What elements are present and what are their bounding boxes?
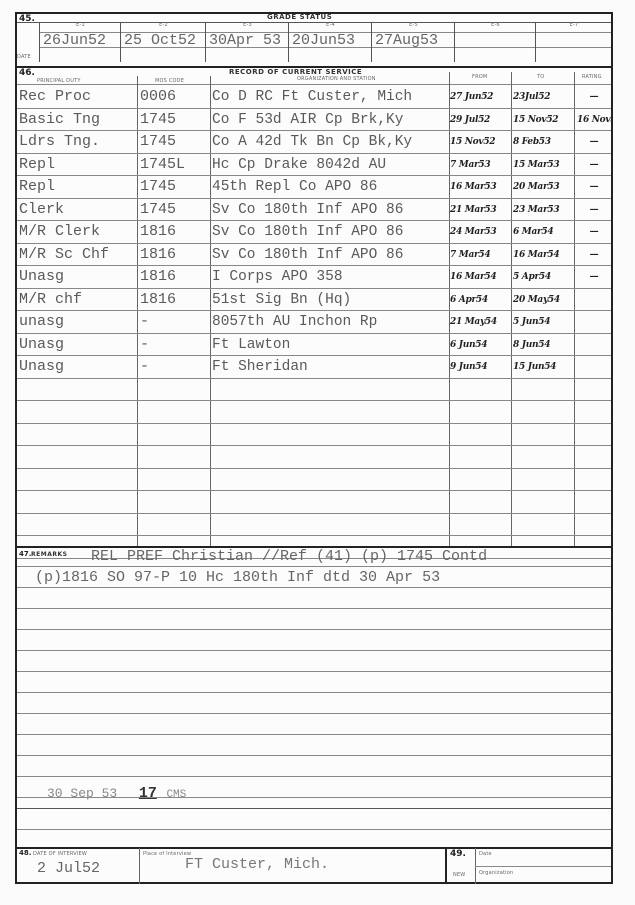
service-row-blank — [17, 491, 611, 513]
section-49-org-label: Organization — [479, 870, 513, 876]
from-date: 7 Mar54 — [450, 244, 512, 266]
date-row-label: Date — [17, 54, 31, 60]
service-row: Basic Tng1745Co F 53d AIR Cp Brk,Ky29 Ju… — [17, 109, 611, 131]
mos-code: 1816 — [140, 266, 210, 288]
from-date: 27 Jun52 — [450, 86, 512, 108]
stamp-number: 17 — [139, 785, 157, 802]
principal-duty: Clerk — [19, 199, 137, 221]
to-date: 8 Feb53 — [513, 131, 575, 153]
organization-station: Ft Lawton — [212, 334, 450, 356]
from-date: 16 Mar53 — [450, 176, 512, 198]
grade-cell-e-3: E-330Apr 53 — [205, 22, 289, 62]
grade-label: E-6 — [455, 22, 536, 28]
principal-duty: M/R Sc Chf — [19, 244, 137, 266]
organization-station: Sv Co 180th Inf APO 86 — [212, 244, 450, 266]
rating — [577, 289, 611, 311]
from-date: 9 Jun54 — [450, 356, 512, 378]
from-date: 6 Apr54 — [450, 289, 512, 311]
organization-station: 45th Repl Co APO 86 — [212, 176, 450, 198]
rating: — — [577, 86, 611, 108]
section-title: REMARKS — [31, 551, 67, 558]
section-49-date-label: Date — [479, 851, 492, 857]
new-label: NEW — [453, 872, 465, 878]
organization-station: 51st Sig Bn (Hq) — [212, 289, 450, 311]
stamp-date: 30 Sep 53 — [47, 786, 117, 801]
service-row-blank — [17, 469, 611, 491]
section-49-number: 49. — [450, 849, 466, 859]
rating — [577, 311, 611, 333]
section-number: 46. — [19, 68, 35, 78]
mos-code: 1816 — [140, 289, 210, 311]
service-row: M/R Clerk1816Sv Co 180th Inf APO 8624 Ma… — [17, 221, 611, 243]
rating: — — [577, 199, 611, 221]
mos-code: 1816 — [140, 244, 210, 266]
service-row: M/R chf181651st Sig Bn (Hq)6 Apr5420 May… — [17, 289, 611, 311]
from-date: 21 May54 — [450, 311, 512, 333]
mos-code: - — [140, 334, 210, 356]
grade-label: E-2 — [121, 22, 206, 28]
mos-code: 1745 — [140, 199, 210, 221]
section-title: GRADE STATUS — [267, 13, 332, 21]
to-date: 23 Mar53 — [513, 199, 575, 221]
service-row-blank — [17, 514, 611, 536]
from-date: 29 Jul52 — [450, 109, 512, 131]
principal-duty: Basic Tng — [19, 109, 137, 131]
mos-code: 1816 — [140, 221, 210, 243]
service-row: M/R Sc Chf1816Sv Co 180th Inf APO 867 Ma… — [17, 244, 611, 266]
grade-date: 20Jun53 — [292, 32, 355, 49]
principal-duty: M/R chf — [19, 289, 137, 311]
rating: — — [577, 131, 611, 153]
grade-cell-e-5: E-527Aug53 — [371, 22, 455, 62]
organization-station: Sv Co 180th Inf APO 86 — [212, 199, 450, 221]
grade-label: E-1 — [40, 22, 121, 28]
from-date: 15 Nov52 — [450, 131, 512, 153]
principal-duty: Rec Proc — [19, 86, 137, 108]
organization-station: Co D RC Ft Custer, Mich — [212, 86, 450, 108]
date-of-interview-value: 2 Jul52 — [37, 860, 100, 877]
current-service-section: 46. RECORD OF CURRENT SERVICE Principal … — [17, 68, 611, 546]
service-row: Repl1745LHc Cp Drake 8042d AU7 Mar5315 M… — [17, 154, 611, 176]
organization-station: Ft Sheridan — [212, 356, 450, 378]
to-date: 5 Jun54 — [513, 311, 575, 333]
remarks-line-2: (p)1816 SO 97-P 10 Hc 180th Inf dtd 30 A… — [35, 569, 440, 586]
grade-cell-e-1: E-126Jun52 — [39, 22, 121, 62]
rating: — — [577, 266, 611, 288]
to-date: 15 Jun54 — [513, 356, 575, 378]
to-date: 5 Apr54 — [513, 266, 575, 288]
rating: — — [577, 154, 611, 176]
service-row: Unasg-Ft Sheridan9 Jun5415 Jun54 — [17, 356, 611, 378]
service-row-blank — [17, 424, 611, 446]
organization-station: Sv Co 180th Inf APO 86 — [212, 221, 450, 243]
mos-code: - — [140, 356, 210, 378]
remarks-line-1: REL PREF Christian //Ref (41) (p) 1745 C… — [91, 548, 487, 565]
principal-duty: M/R Clerk — [19, 221, 137, 243]
grade-label: E-3 — [206, 22, 289, 28]
grade-label: E-4 — [289, 22, 372, 28]
principal-duty: unasg — [19, 311, 137, 333]
grade-label: E-5 — [372, 22, 455, 28]
grade-status-section: 45. GRADE STATUS Date E-126Jun52E-225 Oc… — [17, 14, 611, 66]
remarks-section: 47. REMARKS REL PREF Christian //Ref (41… — [17, 548, 611, 808]
principal-duty: Unasg — [19, 334, 137, 356]
stamp-initials: CMS — [166, 789, 186, 801]
from-date: 7 Mar53 — [450, 154, 512, 176]
to-date: 15 Nov52 — [513, 109, 575, 131]
grade-cell-e-2: E-225 Oct52 — [120, 22, 206, 62]
service-row: Unasg1816I Corps APO 35816 Mar545 Apr54— — [17, 266, 611, 288]
col-header-org: Organization and Station — [297, 76, 376, 82]
service-row: Clerk1745Sv Co 180th Inf APO 8621 Mar532… — [17, 199, 611, 221]
rating: 16 Nov52 — [577, 109, 611, 131]
remarks-stamp: 30 Sep 53 17 CMS — [47, 784, 186, 802]
principal-duty: Unasg — [19, 356, 137, 378]
organization-station: Co F 53d AIR Cp Brk,Ky — [212, 109, 450, 131]
grade-cell-e-6: E-6 — [454, 22, 536, 62]
from-date: 24 Mar53 — [450, 221, 512, 243]
to-date: 16 Mar54 — [513, 244, 575, 266]
grade-date: 26Jun52 — [43, 32, 106, 49]
grade-label: E-7 — [536, 22, 612, 28]
from-date: 6 Jun54 — [450, 334, 512, 356]
mos-code: 1745 — [140, 131, 210, 153]
organization-station: 8057th AU Inchon Rp — [212, 311, 450, 333]
section-title: RECORD OF CURRENT SERVICE — [229, 68, 362, 76]
to-date: 20 May54 — [513, 289, 575, 311]
mos-code: 0006 — [140, 86, 210, 108]
from-date: 21 Mar53 — [450, 199, 512, 221]
to-date: 6 Mar54 — [513, 221, 575, 243]
col-header-rating: Rating — [582, 74, 602, 80]
service-row: Unasg-Ft Lawton6 Jun548 Jun54 — [17, 334, 611, 356]
grade-date: 25 Oct52 — [124, 32, 196, 49]
service-row: Repl174545th Repl Co APO 8616 Mar5320 Ma… — [17, 176, 611, 198]
col-header-from: From — [472, 74, 487, 80]
rating — [577, 334, 611, 356]
principal-duty: Repl — [19, 176, 137, 198]
place-of-interview-label: Place of Interview — [143, 851, 191, 857]
service-row: Rec Proc0006Co D RC Ft Custer, Mich27 Ju… — [17, 86, 611, 108]
principal-duty: Unasg — [19, 266, 137, 288]
mos-code: 1745L — [140, 154, 210, 176]
grade-date: 27Aug53 — [375, 32, 438, 49]
rating: — — [577, 244, 611, 266]
qualification-record-form: 45. GRADE STATUS Date E-126Jun52E-225 Oc… — [15, 12, 613, 884]
service-row: Ldrs Tng.1745Co A 42d Tk Bn Cp Bk,Ky15 N… — [17, 131, 611, 153]
mos-code: 1745 — [140, 109, 210, 131]
principal-duty: Ldrs Tng. — [19, 131, 137, 153]
rating — [577, 356, 611, 378]
service-row: unasg-8057th AU Inchon Rp21 May545 Jun54 — [17, 311, 611, 333]
rating: — — [577, 176, 611, 198]
service-row-blank — [17, 401, 611, 423]
service-row-blank — [17, 379, 611, 401]
principal-duty: Repl — [19, 154, 137, 176]
grade-cell-e-4: E-420Jun53 — [288, 22, 372, 62]
section-number: 47. — [19, 550, 31, 558]
interview-section: 48. Date of Interview 2 Jul52 Place of I… — [17, 848, 611, 884]
organization-station: I Corps APO 358 — [212, 266, 450, 288]
place-of-interview-value: FT Custer, Mich. — [185, 856, 329, 873]
date-of-interview-label: Date of Interview — [33, 851, 87, 857]
col-header-to: To — [537, 74, 544, 80]
to-date: 20 Mar53 — [513, 176, 575, 198]
to-date: 8 Jun54 — [513, 334, 575, 356]
organization-station: Hc Cp Drake 8042d AU — [212, 154, 450, 176]
rating: — — [577, 221, 611, 243]
service-row-blank — [17, 446, 611, 468]
mos-code: - — [140, 311, 210, 333]
to-date: 15 Mar53 — [513, 154, 575, 176]
from-date: 16 Mar54 — [450, 266, 512, 288]
mos-code: 1745 — [140, 176, 210, 198]
section-number: 48. — [19, 849, 31, 857]
grade-date: 30Apr 53 — [209, 32, 281, 49]
grade-cell-e-7: E-7 — [535, 22, 612, 62]
organization-station: Co A 42d Tk Bn Cp Bk,Ky — [212, 131, 450, 153]
to-date: 23Jul52 — [513, 86, 575, 108]
